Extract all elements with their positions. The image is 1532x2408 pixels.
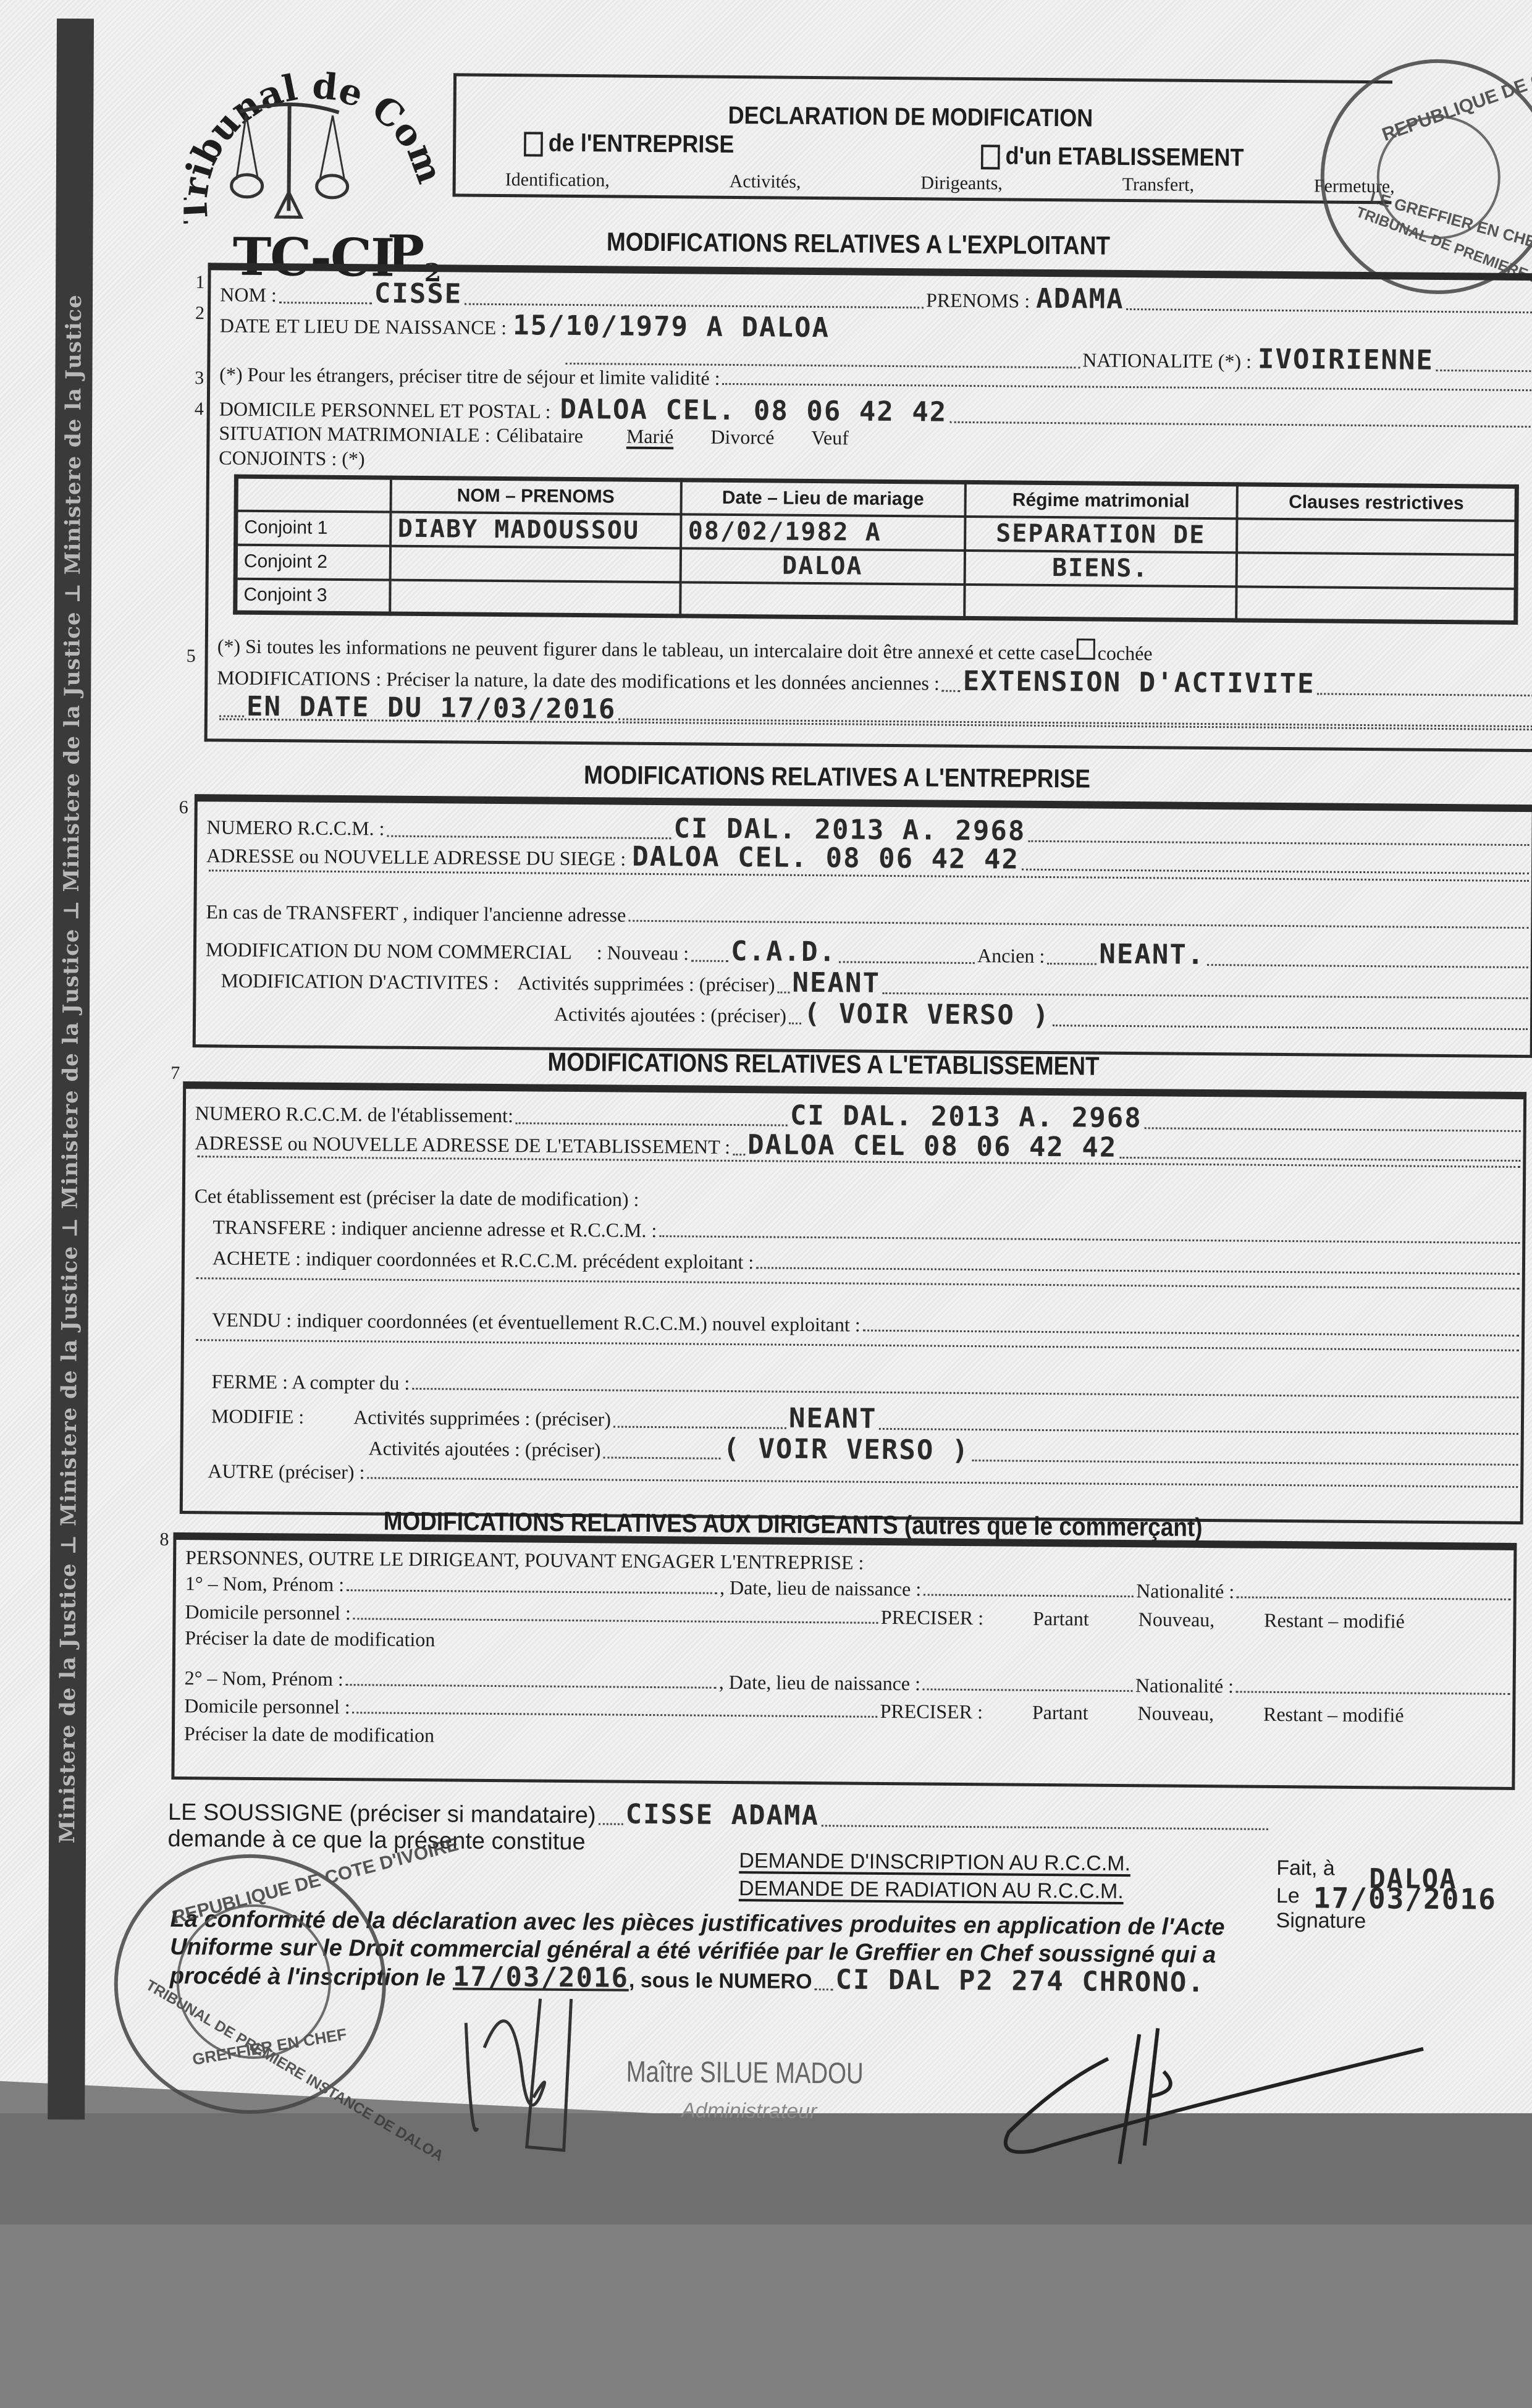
autre-field[interactable] [367, 1477, 1518, 1488]
etablissement-checkbox[interactable] [981, 145, 1000, 170]
person1-restant-modifie[interactable]: Restant – modifié [1264, 1609, 1405, 1633]
header-regime: Régime matrimonial [965, 482, 1237, 518]
modification-types: Identification, Activités, Dirigeants, T… [505, 169, 1395, 197]
exploitant-section-box: NOM : CISSE PRENOMS : ADAMA DATE ET LIEU… [204, 263, 1532, 752]
person2-domicile-label: Domicile personnel : [184, 1694, 350, 1718]
header-clauses: Clauses restrictives [1237, 484, 1517, 521]
domicile-label: DOMICILE PERSONNEL ET POSTAL : [219, 397, 551, 423]
type-transfert: Transfert, [1122, 174, 1195, 196]
soussigne-label: LE SOUSSIGNE (préciser si mandataire) [168, 1799, 596, 1829]
nom-value[interactable]: CISSE [374, 277, 463, 310]
nom-label: NOM : [220, 283, 277, 306]
option-etablissement[interactable]: d'un ETABLISSEMENT [981, 142, 1244, 172]
regime-cell[interactable]: SEPARATION DE [965, 516, 1237, 552]
person2-date-label: Préciser la date de modification [184, 1722, 434, 1747]
person1-date-label: Préciser la date de modification [185, 1626, 435, 1651]
scanner-background [0, 2224, 1532, 2408]
nom-commercial-nouveau[interactable]: C.A.D. [731, 936, 836, 968]
adresse-etab-label: ADRESSE ou NOUVELLE ADRESSE DE L'ETABLIS… [195, 1131, 730, 1159]
achete-extra-line[interactable] [196, 1277, 1520, 1290]
autre-label: AUTRE (préciser) : [208, 1460, 364, 1484]
line-number: 1 [195, 272, 204, 293]
section-title-exploitant: MODIFICATIONS RELATIVES A L'EXPLOITANT [607, 227, 1110, 260]
conjoints-label: CONJOINTS : (*) [219, 446, 365, 470]
clauses-cell[interactable] [1236, 586, 1516, 623]
person2-nouveau[interactable]: Nouveau, [1137, 1702, 1214, 1725]
person1-domicile-field[interactable] [353, 1618, 878, 1624]
line-number: 6 [179, 797, 188, 818]
line-number: 5 [187, 646, 196, 667]
adresse-siege-value[interactable]: DALOA CEL. 08 06 42 42 [632, 841, 1019, 876]
regime-cell[interactable] [964, 584, 1236, 620]
nom-commercial-label: MODIFICATION DU NOM COMMERCIAL [206, 938, 572, 964]
prenoms-value[interactable]: ADAMA [1036, 283, 1124, 315]
etablissement-section-box: NUMERO R.C.C.M. de l'établissement: CI D… [180, 1081, 1526, 1524]
row-label: Conjoint 1 [236, 510, 390, 546]
line-number: 3 [195, 368, 204, 389]
conjoints-table: NOM – PRENOMS Date – Lieu de mariage Rég… [233, 475, 1519, 625]
person1-domicile-label: Domicile personnel : [185, 1600, 351, 1624]
person1-naissance-field[interactable] [924, 1594, 1134, 1597]
adresse-etab-value[interactable]: DALOA CEL 08 06 42 42 [747, 1129, 1117, 1164]
achete-field[interactable] [756, 1267, 1520, 1275]
adresse-siege-label: ADRESSE ou NOUVELLE ADRESSE DU SIEGE : [206, 844, 626, 870]
situation-marie-selected[interactable]: Marié [626, 425, 711, 449]
administrator-name: Maître SILUE MADOU [626, 2055, 863, 2091]
modifie-label: MODIFIE : [211, 1405, 305, 1428]
rccm-label: NUMERO R.C.C.M. : [206, 816, 384, 840]
achete-label: ACHETE : indiquer coordonnées et R.C.C.M… [213, 1246, 754, 1274]
svg-text:Tribunal de Commerce: Tribunal de Commerce [183, 37, 445, 227]
conjoint-name-cell[interactable] [390, 546, 680, 582]
scales-of-justice-icon: Tribunal de Commerce [183, 37, 445, 243]
ancienne-adresse-field[interactable] [628, 920, 1528, 929]
etab-supprimees-value[interactable]: NEANT [789, 1403, 877, 1435]
modification-activites-label: MODIFICATION D'ACTIVITES : [221, 970, 499, 995]
demande-inscription-option[interactable]: DEMANDE D'INSCRIPTION AU R.C.C.M. [739, 1849, 1130, 1876]
person1-nom-label: 1° – Nom, Prénom : [185, 1572, 345, 1596]
nom-commercial-ancien[interactable]: NEANT. [1099, 939, 1205, 971]
clauses-cell[interactable] [1236, 552, 1516, 589]
mariage-cell[interactable]: DALOA [680, 548, 964, 585]
cet-etablissement-label: Cet établissement est (préciser la date … [195, 1185, 639, 1211]
situation-veuf[interactable]: Veuf [811, 426, 849, 449]
transfere-label: TRANSFERE : indiquer ancienne adresse et… [213, 1215, 657, 1242]
etab-ajoutees-value[interactable]: ( VOIR VERSO ) [723, 1433, 969, 1466]
conjoint-name-cell[interactable] [390, 580, 680, 616]
tribunal-logo: Tribunal de Commerce TC-CI P2 [183, 37, 457, 261]
administrator-title: Administrateur [681, 2098, 817, 2124]
conjoint-name-cell[interactable]: DIABY MADOUSSOU [390, 512, 681, 548]
row-label: Conjoint 2 [235, 544, 390, 580]
dirigeants-section-box: PERSONNES, OUTRE LE DIRIGEANT, POUVANT E… [171, 1532, 1517, 1790]
line-number: 7 [170, 1063, 180, 1084]
type-dirigeants: Dirigeants, [920, 172, 1003, 194]
modifications-label: MODIFICATIONS : Préciser la nature, la d… [217, 666, 940, 695]
entreprise-section-box: NUMERO R.C.C.M. : CI DAL. 2013 A. 2968 A… [193, 794, 1532, 1058]
domicile-value[interactable]: DALOA CEL. 08 06 42 42 [560, 394, 947, 428]
intercalaire-checkbox[interactable] [1077, 638, 1095, 659]
person2-restant-modifie[interactable]: Restant – modifié [1263, 1703, 1404, 1727]
transfere-field[interactable] [659, 1235, 1520, 1244]
situation-label: SITUATION MATRIMONIALE : [219, 421, 490, 446]
clauses-cell[interactable] [1237, 518, 1517, 555]
modifications-value-nature[interactable]: EXTENSION D'ACTIVITE [963, 665, 1315, 699]
rccm-etab-value[interactable]: CI DAL. 2013 A. 2968 [790, 1100, 1142, 1134]
declaration-title: DECLARATION DE MODIFICATION [728, 102, 1093, 133]
person2-nom-field[interactable] [346, 1684, 717, 1689]
inscription-numero[interactable]: CI DAL P2 274 CHRONO. [835, 1964, 1205, 1998]
prenoms-label: PRENOMS : [926, 289, 1030, 312]
activites-ajoutees-value[interactable]: ( VOIR VERSO ) [804, 998, 1050, 1031]
ferme-label: FERME : A compter du : [211, 1370, 410, 1395]
person2-domicile-field[interactable] [353, 1712, 878, 1718]
person1-nationalite-field[interactable] [1237, 1596, 1511, 1600]
vendu-label: VENDU : indiquer coordonnées (et éventue… [212, 1308, 861, 1336]
mariage-cell[interactable] [680, 582, 964, 619]
section-title-entreprise: MODIFICATIONS RELATIVES A L'ENTREPRISE [584, 760, 1090, 793]
personnes-label: PERSONNES, OUTRE LE DIRIGEANT, POUVANT E… [185, 1546, 864, 1574]
person1-partant[interactable]: Partant [1033, 1607, 1089, 1631]
fait-a-label: Fait, à [1276, 1856, 1335, 1881]
entreprise-checkbox[interactable] [524, 132, 543, 157]
section-title-etablissement: MODIFICATIONS RELATIVES A L'ETABLISSEMEN… [547, 1047, 1099, 1081]
rccm-etab-label: NUMERO R.C.C.M. de l'établissement: [195, 1102, 513, 1127]
header-date-lieu: Date – Lieu de mariage [681, 480, 965, 517]
line-number: 8 [159, 1529, 169, 1550]
row-label: Conjoint 3 [235, 578, 390, 614]
person1-nom-field[interactable] [347, 1589, 717, 1594]
person2-nom-label: 2° – Nom, Prénom : [185, 1667, 344, 1691]
signature-label: Signature [1276, 1909, 1366, 1933]
nationalite-label: NATIONALITE (*) : [1082, 349, 1252, 373]
person2-nationalite-field[interactable] [1236, 1691, 1510, 1694]
option-entreprise[interactable]: de l'ENTREPRISE [524, 129, 734, 159]
transfert-label: En cas de TRANSFERT , indiquer l'ancienn… [206, 900, 626, 926]
regime-cell[interactable]: BIENS. [964, 550, 1236, 586]
declaration-header-box: DECLARATION DE MODIFICATION de l'ENTREPR… [453, 73, 1393, 204]
greffe-stamp-bottom: REPUBLIQUE DE COTE D'IVOIRE TRIBUNAL DE … [113, 1853, 387, 2114]
person2-partant[interactable]: Partant [1032, 1701, 1088, 1725]
ferme-field[interactable] [412, 1388, 1518, 1398]
person2-naissance-field[interactable] [923, 1688, 1133, 1692]
header-nom-prenoms: NOM – PRENOMS [390, 478, 681, 514]
logo-arc-text: Tribunal de Commerce [183, 37, 445, 227]
vendu-extra-line[interactable] [196, 1339, 1519, 1351]
line-number: 2 [195, 303, 204, 324]
situation-divorce[interactable]: Divorcé [710, 426, 774, 449]
declaration-form: Tribunal de Commerce TC-CI P2 DECLARATIO… [0, 0, 1532, 2161]
le-label: Le [1276, 1884, 1300, 1908]
vendu-field[interactable] [863, 1330, 1519, 1337]
activites-supprimees-value[interactable]: NEANT [792, 967, 880, 999]
situation-celibataire[interactable]: Célibataire [496, 424, 583, 447]
applicant-signature-icon [996, 2021, 1442, 2173]
etrangers-label: (*) Pour les étrangers, préciser titre d… [219, 363, 720, 389]
demande-radiation-option[interactable]: DEMANDE DE RADIATION AU R.C.C.M. [739, 1877, 1124, 1904]
soussigne-value[interactable]: CISSE ADAMA [625, 1799, 819, 1831]
line-number: 4 [195, 399, 204, 420]
demande-label: demande à ce que la présente constitue [167, 1826, 585, 1856]
etrangers-field[interactable] [723, 383, 1532, 391]
mariage-cell[interactable]: 08/02/1982 A [681, 514, 965, 551]
person1-nouveau[interactable]: Nouveau, [1138, 1608, 1215, 1631]
type-activites: Activités, [730, 171, 801, 193]
type-identification: Identification, [505, 169, 610, 191]
